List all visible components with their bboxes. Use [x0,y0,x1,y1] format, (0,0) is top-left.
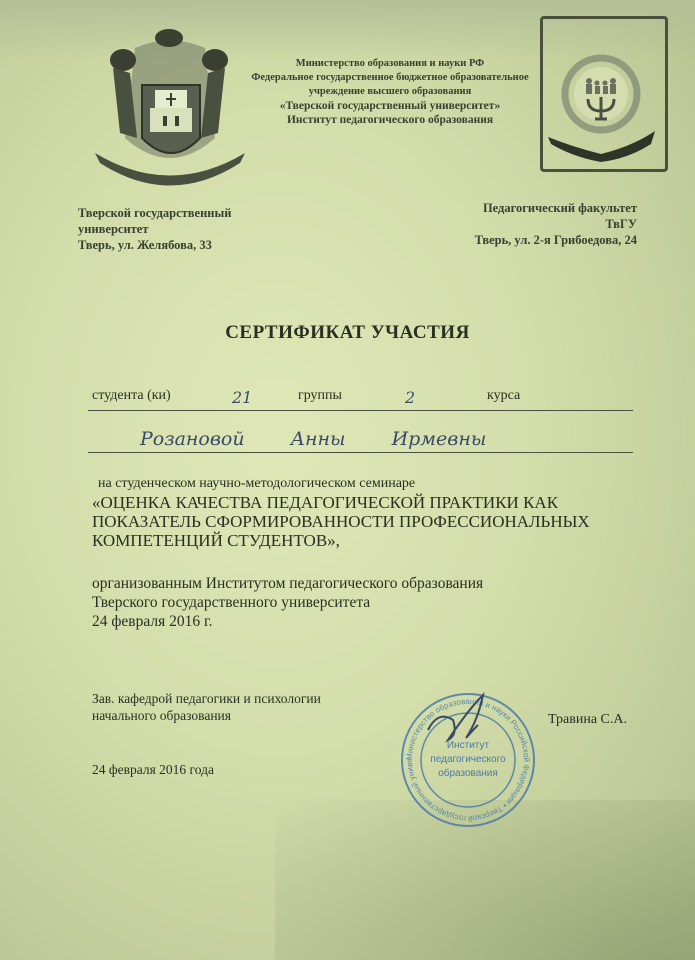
faculty-address: Педагогический факультет ТвГУ Тверь, ул.… [475,200,637,248]
faculty-logo [540,16,668,172]
svg-text:педагогического: педагогического [430,754,506,765]
signature-date: 24 февраля 2016 года [92,762,214,778]
seminar-block: на студенческом научно-методологическом … [92,474,652,550]
university-address: Тверской государственный университет Тве… [78,205,231,253]
address-line: Тверской государственный [78,205,231,221]
organizer-block: организованным Институтом педагогическог… [92,574,652,631]
institute-name: Институт педагогического образования [230,113,550,127]
ministry-line: Федеральное государственное бюджетное об… [230,71,550,85]
position-line: Зав. кафедрой педагогики и психологии [92,690,321,707]
certificate-title: СЕРТИФИКАТ УЧАСТИЯ [0,322,695,344]
ministry-line: Министерство образования и науки РФ [230,57,550,71]
ministry-header: Министерство образования и науки РФ Феде… [230,57,550,127]
svg-text:Институт: Институт [447,740,490,751]
seminar-intro: на студенческом научно-методологическом … [92,474,652,493]
ministry-line: учреждение высшего образования [230,85,550,99]
svg-text:образования: образования [438,767,498,779]
course-label: курса [487,388,520,404]
address-line: Педагогический факультет [475,200,637,216]
organizer-date: 24 февраля 2016 г. [92,612,652,631]
psi-family-logo-icon [543,19,665,169]
seminar-title-line: КОМПЕТЕНЦИЙ СТУДЕНТОВ», [92,531,652,550]
organizer-line: организованным Институтом педагогическог… [92,574,652,593]
student-label: студента (ки) [92,388,171,404]
address-line: университет [78,221,231,237]
seminar-title-line: ПОКАЗАТЕЛЬ СФОРМИРОВАННОСТИ ПРОФЕССИОНАЛ… [92,512,652,531]
group-label: группы [298,388,342,404]
address-line: Тверь, ул. 2-я Грибоедова, 24 [475,232,637,248]
name-line-rule [88,452,633,453]
position-line: начального образования [92,707,321,724]
group-value: 21 [232,388,252,407]
address-line: ТвГУ [475,216,637,232]
coat-of-arms-icon [95,28,245,193]
seminar-title-line: «ОЦЕНКА КАЧЕСТВА ПЕДАГОГИЧЕСКОЙ ПРАКТИКИ… [92,493,652,512]
official-stamp-icon: Министерство образования и науки Российс… [398,690,538,830]
course-value: 2 [405,388,415,407]
university-name: «Тверской государственный университет» [230,99,550,113]
signatory-name: Травина С.А. [548,712,627,728]
signatory-position: Зав. кафедрой педагогики и психологии на… [92,690,321,724]
student-line-rule [88,410,633,411]
organizer-line: Тверского государственного университета [92,593,652,612]
student-name: Розановой Анны Ирмевны [140,428,486,450]
address-line: Тверь, ул. Желябова, 33 [78,237,231,253]
